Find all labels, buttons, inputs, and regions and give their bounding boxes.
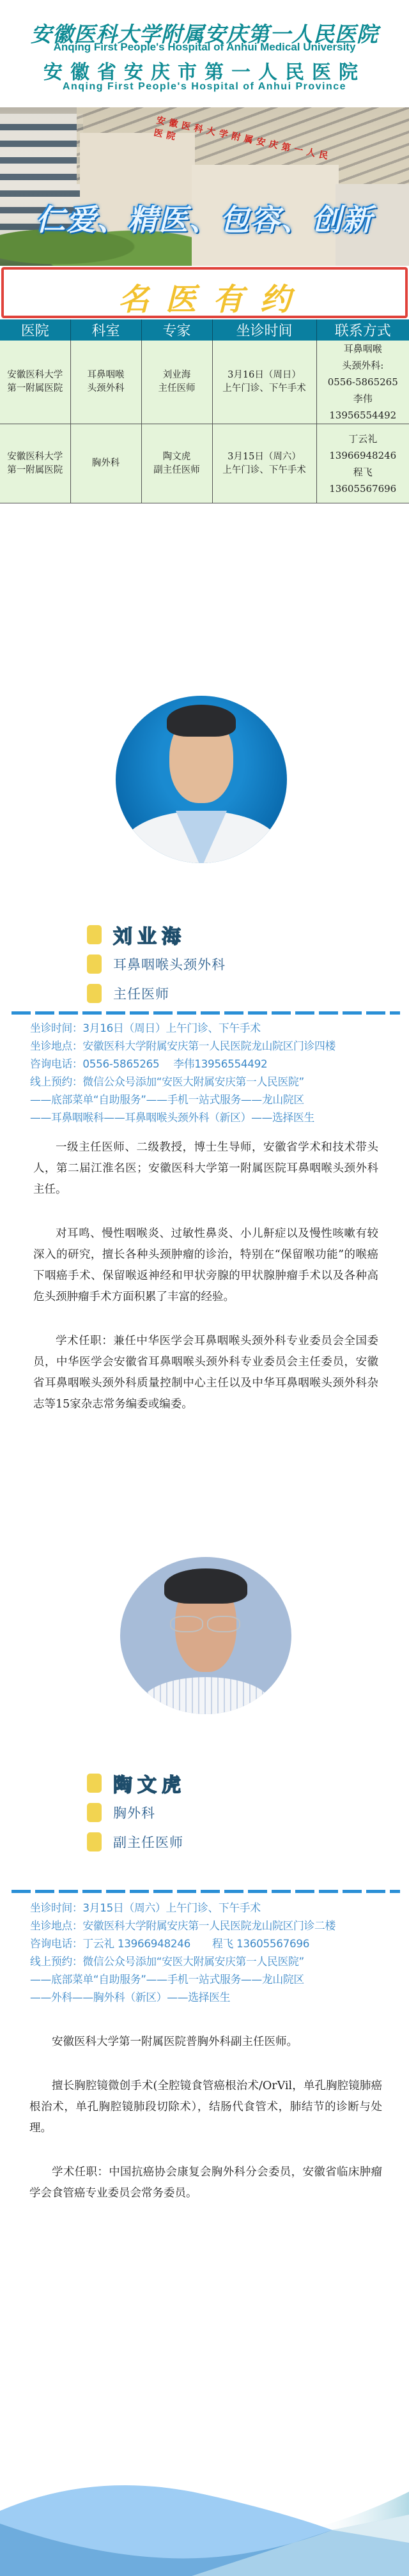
doctor-department: 胸外科 xyxy=(113,1803,155,1822)
cell-text: 丁云礼 xyxy=(317,431,409,447)
hospital-logo-header: 安徽医科大学附属安庆第一人民医院 Anqing First People's H… xyxy=(0,0,409,102)
section-title-box: 名医有约 xyxy=(1,267,408,318)
logo-english-province: Anqing First People's Hospital of Anhui … xyxy=(0,81,409,93)
doctor-1-bio: 一级主任医师、二级教授，博士生导师，安徽省学术和技术带头人，第二届江淮名医；安徽… xyxy=(33,1137,378,1438)
yellow-square-icon xyxy=(87,925,102,944)
dashed-divider xyxy=(12,1011,400,1015)
bio-paragraph: 学术任职：兼任中华医学会耳鼻咽喉头颈外科专业委员会全国委员，中华医学会安徽省耳鼻… xyxy=(33,1331,378,1415)
info-label: 坐诊地点： xyxy=(30,1039,82,1052)
phone-number[interactable]: 13966948246 xyxy=(317,447,409,464)
info-online: 线上预约：微信公众号添加“安医大附属安庆第一人民医院” xyxy=(30,1073,388,1091)
phone-number[interactable]: 13956554492 xyxy=(317,407,409,424)
column-header-time: 坐诊时间 xyxy=(212,319,316,341)
info-label: 咨询电话： xyxy=(30,1057,82,1070)
cell-text: 胸外科 xyxy=(71,457,141,470)
schedule-table: 医院 科室 专家 坐诊时间 联系方式 安徽医科大学 第一附属医院 耳鼻咽喉 头颈… xyxy=(0,319,409,503)
info-label: 坐诊地点： xyxy=(30,1919,82,1932)
banner-slogan: 仁爱、精医、包容、创新 xyxy=(0,197,409,239)
doctor-title-tag: 主任医师 xyxy=(87,979,343,1008)
dashed-divider xyxy=(12,1890,400,1893)
cell-text: 耳鼻咽喉 xyxy=(317,341,409,357)
yellow-square-icon xyxy=(87,1832,102,1851)
info-value: 安徽医科大学附属安庆第一人民医院龙山院区门诊四楼 xyxy=(82,1039,336,1052)
info-value: 3月15日（周六）上午门诊、下午手术 xyxy=(82,1901,260,1914)
doctor-department-tag: 胸外科 xyxy=(87,1798,343,1827)
phone-number[interactable]: 0556-5865265 xyxy=(317,374,409,390)
cell-text: 3月15日（周六） xyxy=(213,450,316,464)
doctor-2-bio: 安徽医科大学第一附属医院普胸外科副主任医师。 擅长胸腔镜微创手术(全腔镜食管癌根… xyxy=(29,2032,382,2227)
cell-time: 3月16日（周日） 上午门诊、下午手术 xyxy=(212,341,316,424)
info-online-path: ——底部菜单“自助服务”——手机一站式服务——龙山院区 xyxy=(30,1970,388,1988)
info-label: 坐诊时间： xyxy=(30,1022,82,1034)
phone-number[interactable]: 程飞 13605567696 xyxy=(212,1937,309,1950)
info-label: 线上预约： xyxy=(30,1955,82,1968)
cell-text: 耳鼻咽喉 xyxy=(71,369,141,382)
cell-text: 第一附属医院 xyxy=(0,464,70,477)
yellow-square-icon xyxy=(87,1774,102,1793)
doctor-1-tags: 刘业海 耳鼻咽喉头颈外科 主任医师 xyxy=(87,920,343,1008)
logo-chinese-province: 安徽省安庆市第一人民医院 xyxy=(0,56,409,84)
yellow-square-icon xyxy=(87,954,102,974)
cell-time: 3月15日（周六） 上午门诊、下午手术 xyxy=(212,424,316,503)
table-row: 安徽医科大学 第一附属医院 耳鼻咽喉 头颈外科 刘业海 主任医师 3月16日（周… xyxy=(0,341,409,424)
doctor-department-tag: 耳鼻咽喉头颈外科 xyxy=(87,949,343,979)
doctor-title: 主任医师 xyxy=(113,984,169,1003)
doctor-2-tags: 陶文虎 胸外科 副主任医师 xyxy=(87,1768,343,1857)
phone-number[interactable]: 0556-5865265 xyxy=(82,1057,159,1070)
cell-hospital: 安徽医科大学 第一附属医院 xyxy=(0,424,70,503)
doctor-photo-tao-wenhu xyxy=(120,1557,291,1714)
doctor-name-tag: 陶文虎 xyxy=(87,1768,343,1798)
info-value: 安徽医科大学附属安庆第一人民医院龙山院区门诊二楼 xyxy=(82,1919,336,1932)
bio-paragraph: 安徽医科大学第一附属医院普胸外科副主任医师。 xyxy=(29,2032,382,2053)
cell-department: 胸外科 xyxy=(70,424,141,503)
cell-text: 上午门诊、下午手术 xyxy=(213,464,316,477)
cell-text: 安徽医科大学 xyxy=(0,369,70,382)
hospital-building-banner: 安徽医科大学附属安庆第一人民医院 仁爱、精医、包容、创新 xyxy=(0,107,409,266)
doctor-name-tag: 刘业海 xyxy=(87,920,343,949)
cell-text: 上午门诊、下午手术 xyxy=(213,382,316,395)
info-place: 坐诊地点：安徽医科大学附属安庆第一人民医院龙山院区门诊四楼 xyxy=(30,1037,388,1055)
info-value: 微信公众号添加“安医大附属安庆第一人民医院” xyxy=(82,1075,304,1088)
table-header-row: 医院 科室 专家 坐诊时间 联系方式 xyxy=(0,319,409,341)
bio-paragraph: 学术任职：中国抗癌协会康复会胸外科分会委员，安徽省临床肿瘤学会食管癌专业委员会常… xyxy=(29,2162,382,2204)
info-online-path: ——耳鼻咽喉科——耳鼻咽喉头颈外科（新区）——选择医生 xyxy=(30,1108,388,1126)
cell-contact: 丁云礼 13966948246 程飞 13605567696 xyxy=(316,424,409,503)
bio-paragraph: 擅长胸腔镜微创手术(全腔镜食管癌根治术/OrVil，单孔胸腔镜肺癌根治术，单孔胸… xyxy=(29,2076,382,2139)
doctor-2-info: 坐诊时间：3月15日（周六）上午门诊、下午手术 坐诊地点：安徽医科大学附属安庆第… xyxy=(30,1899,388,2006)
info-phone: 咨询电话：丁云礼 13966948246程飞 13605567696 xyxy=(30,1935,388,1952)
info-online-path: ——外科——胸外科（新区）——选择医生 xyxy=(30,1988,388,2006)
glasses-left xyxy=(170,1616,203,1632)
cell-text: 刘业海 xyxy=(142,369,212,382)
bio-paragraph: 对耳鸣、慢性咽喉炎、过敏性鼻炎、小儿鼾症以及慢性咳嗽有较深入的研究，擅长各种头颈… xyxy=(33,1223,378,1308)
info-label: 线上预约： xyxy=(30,1075,82,1088)
table-row: 安徽医科大学 第一附属医院 胸外科 陶文虎 副主任医师 3月15日（周六） 上午… xyxy=(0,424,409,503)
doctor-name: 陶文虎 xyxy=(113,1769,186,1797)
info-online-path: ——底部菜单“自助服务”——手机一站式服务——龙山院区 xyxy=(30,1091,388,1108)
hair xyxy=(167,705,236,737)
cell-text: 第一附属医院 xyxy=(0,382,70,395)
info-value: 微信公众号添加“安医大附属安庆第一人民医院” xyxy=(82,1955,304,1968)
info-value: 3月16日（周日）上午门诊、下午手术 xyxy=(82,1022,260,1034)
cell-text: 陶文虎 xyxy=(142,450,212,464)
info-label: 坐诊时间： xyxy=(30,1901,82,1914)
info-label: 咨询电话： xyxy=(30,1937,82,1950)
cell-text: 李伟 xyxy=(317,390,409,407)
cell-contact: 耳鼻咽喉 头颈外科: 0556-5865265 李伟 13956554492 xyxy=(316,341,409,424)
yellow-square-icon xyxy=(87,984,102,1003)
doctor-title-tag: 副主任医师 xyxy=(87,1827,343,1857)
yellow-square-icon xyxy=(87,1803,102,1822)
checked-shirt xyxy=(142,1677,270,1714)
column-header-expert: 专家 xyxy=(141,319,212,341)
column-header-contact: 联系方式 xyxy=(316,319,409,341)
doctor-photo-liu-yehai xyxy=(116,696,287,863)
info-phone: 咨询电话：0556-5865265李伟13956554492 xyxy=(30,1055,388,1073)
logo-english-university: Anqing First People's Hospital of Anhui … xyxy=(0,41,409,54)
hair xyxy=(164,1568,247,1604)
doctor-title: 副主任医师 xyxy=(113,1832,183,1851)
cell-text: 头颈外科: xyxy=(317,357,409,374)
cell-expert: 陶文虎 副主任医师 xyxy=(141,424,212,503)
cell-expert: 刘业海 主任医师 xyxy=(141,341,212,424)
cell-text: 3月16日（周日） xyxy=(213,369,316,382)
glasses-right xyxy=(207,1616,240,1632)
info-online: 线上预约：微信公众号添加“安医大附属安庆第一人民医院” xyxy=(30,1952,388,1970)
info-place: 坐诊地点：安徽医科大学附属安庆第一人民医院龙山院区门诊二楼 xyxy=(30,1917,388,1935)
footer-wave-decoration xyxy=(0,2453,409,2576)
phone-number[interactable]: 13605567696 xyxy=(317,480,409,497)
info-time: 坐诊时间：3月16日（周日）上午门诊、下午手术 xyxy=(30,1019,388,1037)
doctor-name: 刘业海 xyxy=(113,921,186,949)
info-time: 坐诊时间：3月15日（周六）上午门诊、下午手术 xyxy=(30,1899,388,1917)
doctor-1-info: 坐诊时间：3月16日（周日）上午门诊、下午手术 坐诊地点：安徽医科大学附属安庆第… xyxy=(30,1019,388,1126)
cell-department: 耳鼻咽喉 头颈外科 xyxy=(70,341,141,424)
cell-text: 主任医师 xyxy=(142,382,212,395)
column-header-department: 科室 xyxy=(70,319,141,341)
cell-hospital: 安徽医科大学 第一附属医院 xyxy=(0,341,70,424)
cell-text: 安徽医科大学 xyxy=(0,450,70,464)
phone-number[interactable]: 丁云礼 13966948246 xyxy=(82,1937,190,1950)
column-header-hospital: 医院 xyxy=(0,319,70,341)
cell-text: 头颈外科 xyxy=(71,382,141,395)
cell-text: 程飞 xyxy=(317,464,409,480)
doctor-department: 耳鼻咽喉头颈外科 xyxy=(113,954,226,974)
bio-paragraph: 一级主任医师、二级教授，博士生导师，安徽省学术和技术带头人，第二届江淮名医；安徽… xyxy=(33,1137,378,1200)
phone-number[interactable]: 李伟13956554492 xyxy=(173,1057,267,1070)
cell-text: 副主任医师 xyxy=(142,464,212,477)
section-title: 名医有约 xyxy=(102,275,307,319)
